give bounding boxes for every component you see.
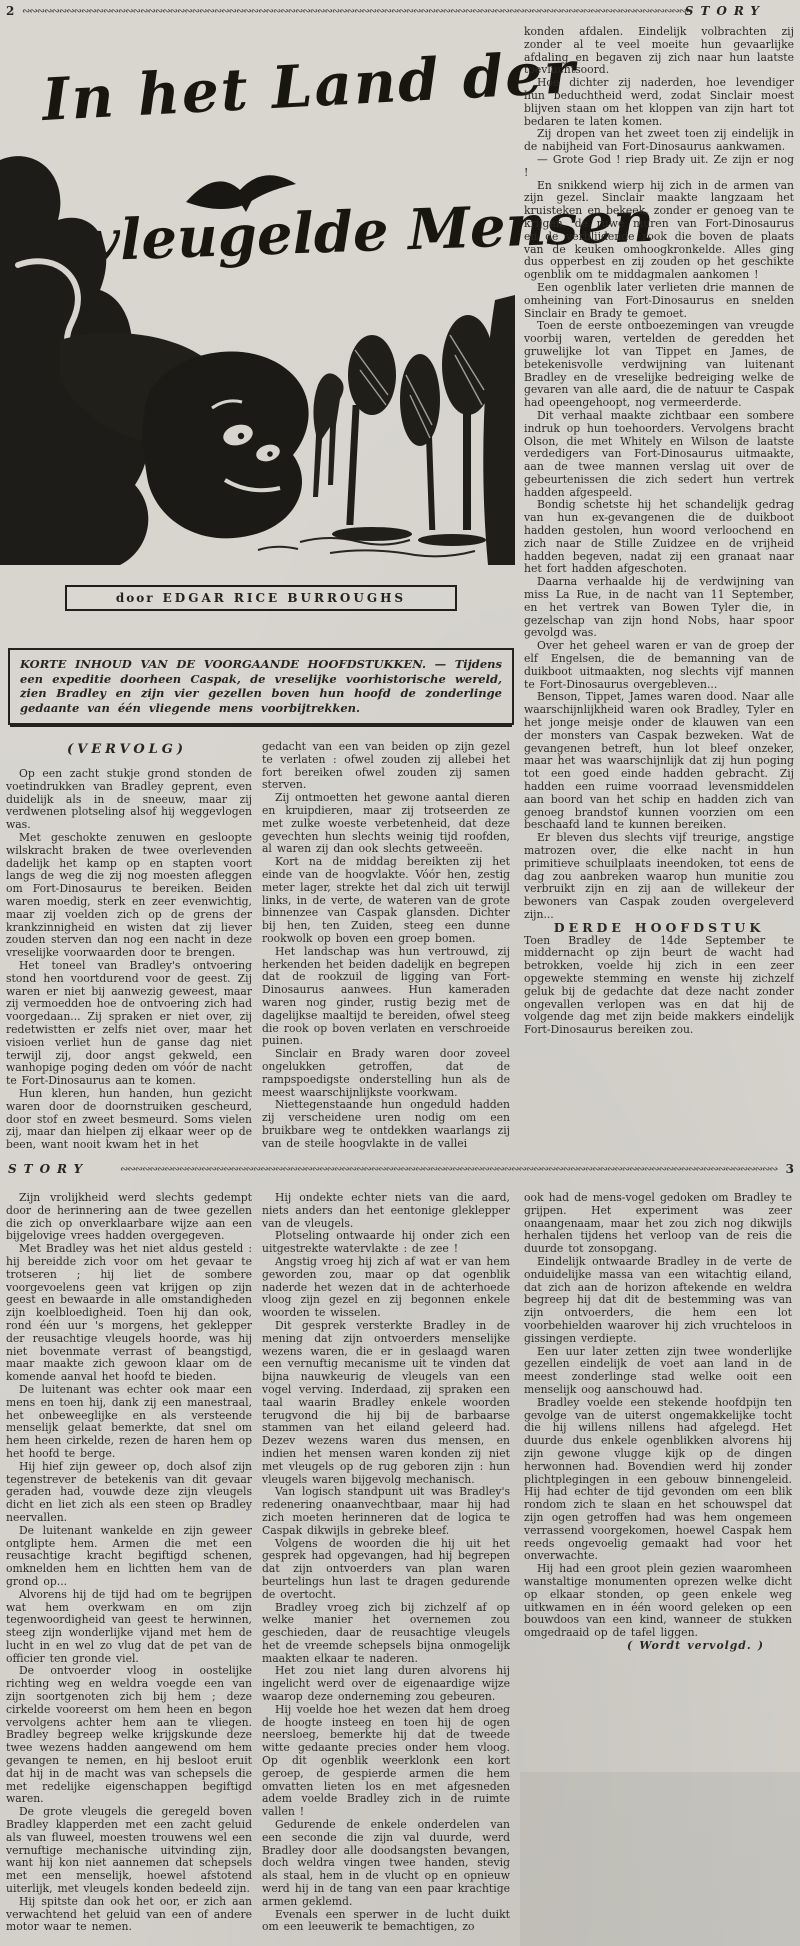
paragraph: Bradley vroeg zich bij zichzelf af op we… (262, 1602, 510, 1666)
paragraph: Angstig vroeg hij zich af wat er van hem… (262, 1256, 510, 1320)
scan-shading (520, 1772, 800, 1946)
page2-column-c-text: konden afdalen. Eindelijk volbrachten zi… (524, 26, 794, 922)
byline-author: EDGAR RICE BURROUGHS (163, 591, 406, 605)
page2-column-a: Op een zacht stukje grond stonden de voe… (6, 768, 252, 1156)
page2-masthead: STORY (685, 4, 766, 18)
paragraph: Hij voelde hoe het wezen dat hem droeg d… (262, 1704, 510, 1819)
paragraph: ook had de mens-vogel gedoken om Bradley… (524, 1192, 792, 1256)
page3-number: 3 (786, 1162, 794, 1176)
page2-running-head: 2 ∾∾∾∾∾∾∾∾∾∾∾∾∾∾∾∾∾∾∾∾∾∾∾∾∾∾∾∾∾∾∾∾∾∾∾∾∾∾… (0, 4, 800, 22)
paragraph: Plotseling ontwaarde hij onder zich een … (262, 1230, 510, 1256)
byline-box: doorEDGAR RICE BURROUGHS (65, 585, 457, 611)
page3-column-3-text: ook had de mens-vogel gedoken om Bradley… (524, 1192, 792, 1640)
page2-column-c-after: Toen Bradley de 14de September te midder… (524, 935, 794, 1037)
chapter-heading: DERDE HOOFDSTUK (524, 922, 794, 935)
paragraph: Hij had een groot plein gezien waaromhee… (524, 1563, 792, 1640)
page2-column-b: gedacht van een van beiden op zijn gezel… (262, 741, 510, 1157)
magazine-spread: 2 ∾∾∾∾∾∾∾∾∾∾∾∾∾∾∾∾∾∾∾∾∾∾∾∾∾∾∾∾∾∾∾∾∾∾∾∾∾∾… (0, 0, 800, 1946)
paragraph: Dit verhaal maakte zichtbaar een sombere… (524, 410, 794, 500)
paragraph: Volgens de woorden die hij uit het gespr… (262, 1538, 510, 1602)
paragraph: Hun kleren, hun handen, hun gezicht ware… (6, 1088, 252, 1152)
paragraph: Bradley voelde een stekende hoofdpijn te… (524, 1397, 792, 1563)
paragraph: Bondig schetste hij het schandelijk gedr… (524, 499, 794, 576)
paragraph: Met Bradley was het niet aldus gesteld :… (6, 1243, 252, 1384)
page3-column-2: Hij ondekte echter niets van die aard, n… (262, 1192, 510, 1940)
paragraph: Toen Bradley de 14de September te midder… (524, 935, 794, 1037)
paragraph: De luitenant wankelde en zijn geweer ont… (6, 1525, 252, 1589)
ornament-border-bottom: ∾∾∾∾∾∾∾∾∾∾∾∾∾∾∾∾∾∾∾∾∾∾∾∾∾∾∾∾∾∾∾∾∾∾∾∾∾∾∾∾… (120, 1163, 778, 1177)
paragraph: Er bleven dus slechts vijf treurige, ang… (524, 832, 794, 922)
paragraph: Gedurende de enkele onderdelen van een s… (262, 1819, 510, 1909)
page3-running-head: STORY ∾∾∾∾∾∾∾∾∾∾∾∾∾∾∾∾∾∾∾∾∾∾∾∾∾∾∾∾∾∾∾∾∾∾… (0, 1162, 800, 1180)
paragraph: Daarna verhaalde hij de verdwijning van … (524, 576, 794, 640)
paragraph: Dit gesprek versterkte Bradley in de men… (262, 1320, 510, 1486)
paragraph: Kort na de middag bereikten zij het eind… (262, 856, 510, 946)
paragraph: Niettegenstaande hun ongeduld hadden zij… (262, 1099, 510, 1150)
paragraph: Over het geheel waren er van de groep de… (524, 640, 794, 691)
story-title-line1: In het Land der (41, 38, 579, 134)
paragraph: Evenals een sperwer in de lucht duikt om… (262, 1909, 510, 1935)
paragraph: Het landschap was hun vertrouwd, zij her… (262, 946, 510, 1048)
paragraph: Sinclair en Brady waren door zoveel onge… (262, 1048, 510, 1099)
page2-column-c: konden afdalen. Eindelijk volbrachten zi… (524, 26, 794, 1156)
story-illustration (0, 150, 515, 565)
paragraph: Op een zacht stukje grond stonden de voe… (6, 768, 252, 832)
paragraph: En snikkend wierp hij zich in de armen v… (524, 180, 794, 282)
paragraph: Eindelijk ontwaarde Bradley in de verte … (524, 1256, 792, 1346)
paragraph: Hij hief zijn geweer op, doch alsof zijn… (6, 1461, 252, 1525)
paragraph: Met geschokte zenuwen en gesloopte wilsk… (6, 832, 252, 960)
paragraph: Van logisch standpunt uit was Bradley's … (262, 1486, 510, 1537)
paragraph: Een uur later zetten zijn twee wonderlij… (524, 1346, 792, 1397)
paragraph: Een ogenblik later verlieten drie mannen… (524, 282, 794, 320)
paragraph: De luitenant was echter ook maar een men… (6, 1384, 252, 1461)
paragraph: Hij ondekte echter niets van die aard, n… (262, 1192, 510, 1230)
paragraph: De ontvoerder vloog in oostelijke richti… (6, 1665, 252, 1806)
paragraph: Alvorens hij de tijd had om te begrijpen… (6, 1589, 252, 1666)
paragraph: konden afdalen. Eindelijk volbrachten zi… (524, 26, 794, 77)
story-ending: ( Wordt vervolgd. ) (524, 1640, 792, 1653)
paragraph: Toen de eerste ontboezemingen van vreugd… (524, 320, 794, 410)
summary-box: KORTE INHOUD VAN DE VOORGAANDE HOOFDSTUK… (8, 648, 514, 725)
page3-column-1: Zijn vrolijkheid werd slechts gedempt do… (6, 1192, 252, 1940)
byline-prefix: door (116, 591, 155, 605)
page2-number: 2 (6, 4, 14, 18)
paragraph: Hij spitste dan ook het oor, er zich aan… (6, 1896, 252, 1934)
paragraph: Zij dropen van het zweet toen zij eindel… (524, 128, 794, 154)
paragraph: De grote vleugels die geregeld boven Bra… (6, 1806, 252, 1896)
paragraph: — Grote God ! riep Brady uit. Ze zijn er… (524, 154, 794, 180)
page3-masthead: STORY (8, 1162, 89, 1176)
paragraph: Het toneel van Bradley's ontvoering ston… (6, 960, 252, 1088)
continuation-label: (VERVOLG) (0, 742, 254, 757)
paragraph: Het zou niet lang duren alvorens hij ing… (262, 1665, 510, 1703)
paragraph: Zij ontmoetten het gewone aantal dieren … (262, 792, 510, 856)
ornament-border-top: ∾∾∾∾∾∾∾∾∾∾∾∾∾∾∾∾∾∾∾∾∾∾∾∾∾∾∾∾∾∾∾∾∾∾∾∾∾∾∾∾… (22, 5, 688, 19)
paragraph: Zijn vrolijkheid werd slechts gedempt do… (6, 1192, 252, 1243)
paragraph: gedacht van een van beiden op zijn gezel… (262, 741, 510, 792)
paragraph: Hoe dichter zij naderden, hoe levendiger… (524, 77, 794, 128)
paragraph: Benson, Tippet, James waren dood. Naar a… (524, 691, 794, 832)
